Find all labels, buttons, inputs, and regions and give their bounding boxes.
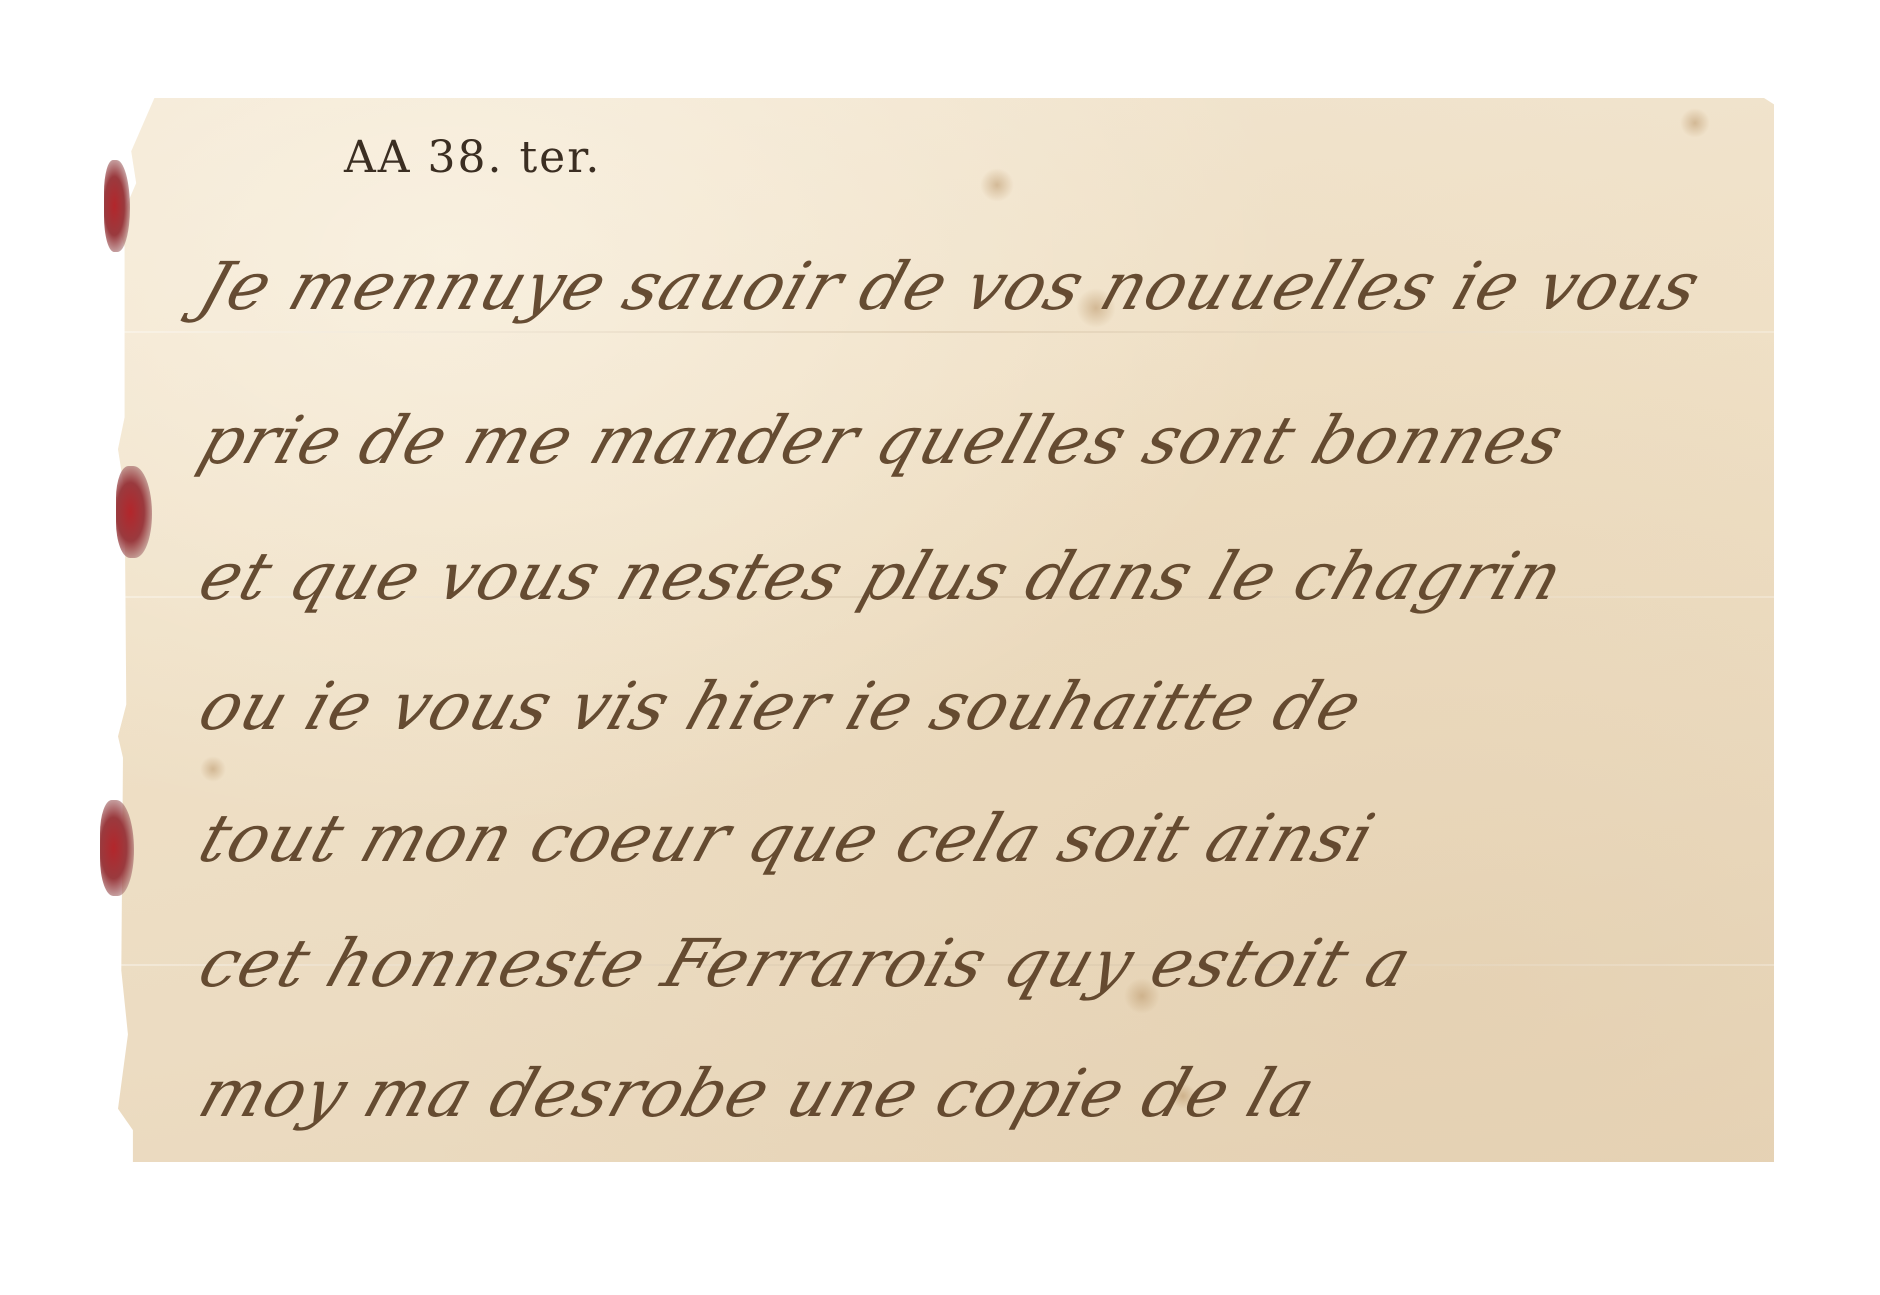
- letter-line-6: cet honneste Ferrarois quy estoit a: [190, 925, 1421, 1002]
- sealing-wax-remnant: [116, 466, 152, 558]
- archive-reference: AA 38. ter.: [344, 132, 601, 183]
- letter-line-3: et que vous nestes plus dans le chagrin: [190, 538, 1573, 615]
- letter-line-4: ou ie vous vis hier ie souhaitte de: [190, 668, 1372, 745]
- foxing-stain: [200, 756, 226, 782]
- sealing-wax-remnant: [100, 800, 134, 896]
- letter-line-1: Je mennuye sauoir de vos nouuelles ie vo…: [190, 248, 1710, 325]
- letter-line-7: moy ma desrobe une copie de la: [190, 1055, 1325, 1132]
- foxing-stain: [1680, 108, 1710, 138]
- sealing-wax-remnant: [104, 160, 130, 252]
- foxing-stain: [980, 168, 1014, 202]
- fold-line: [118, 331, 1774, 333]
- letter-line-2: prie de me mander quelles sont bonnes: [190, 402, 1574, 479]
- letter-line-5: tout mon coeur que cela soit ainsi: [190, 800, 1384, 877]
